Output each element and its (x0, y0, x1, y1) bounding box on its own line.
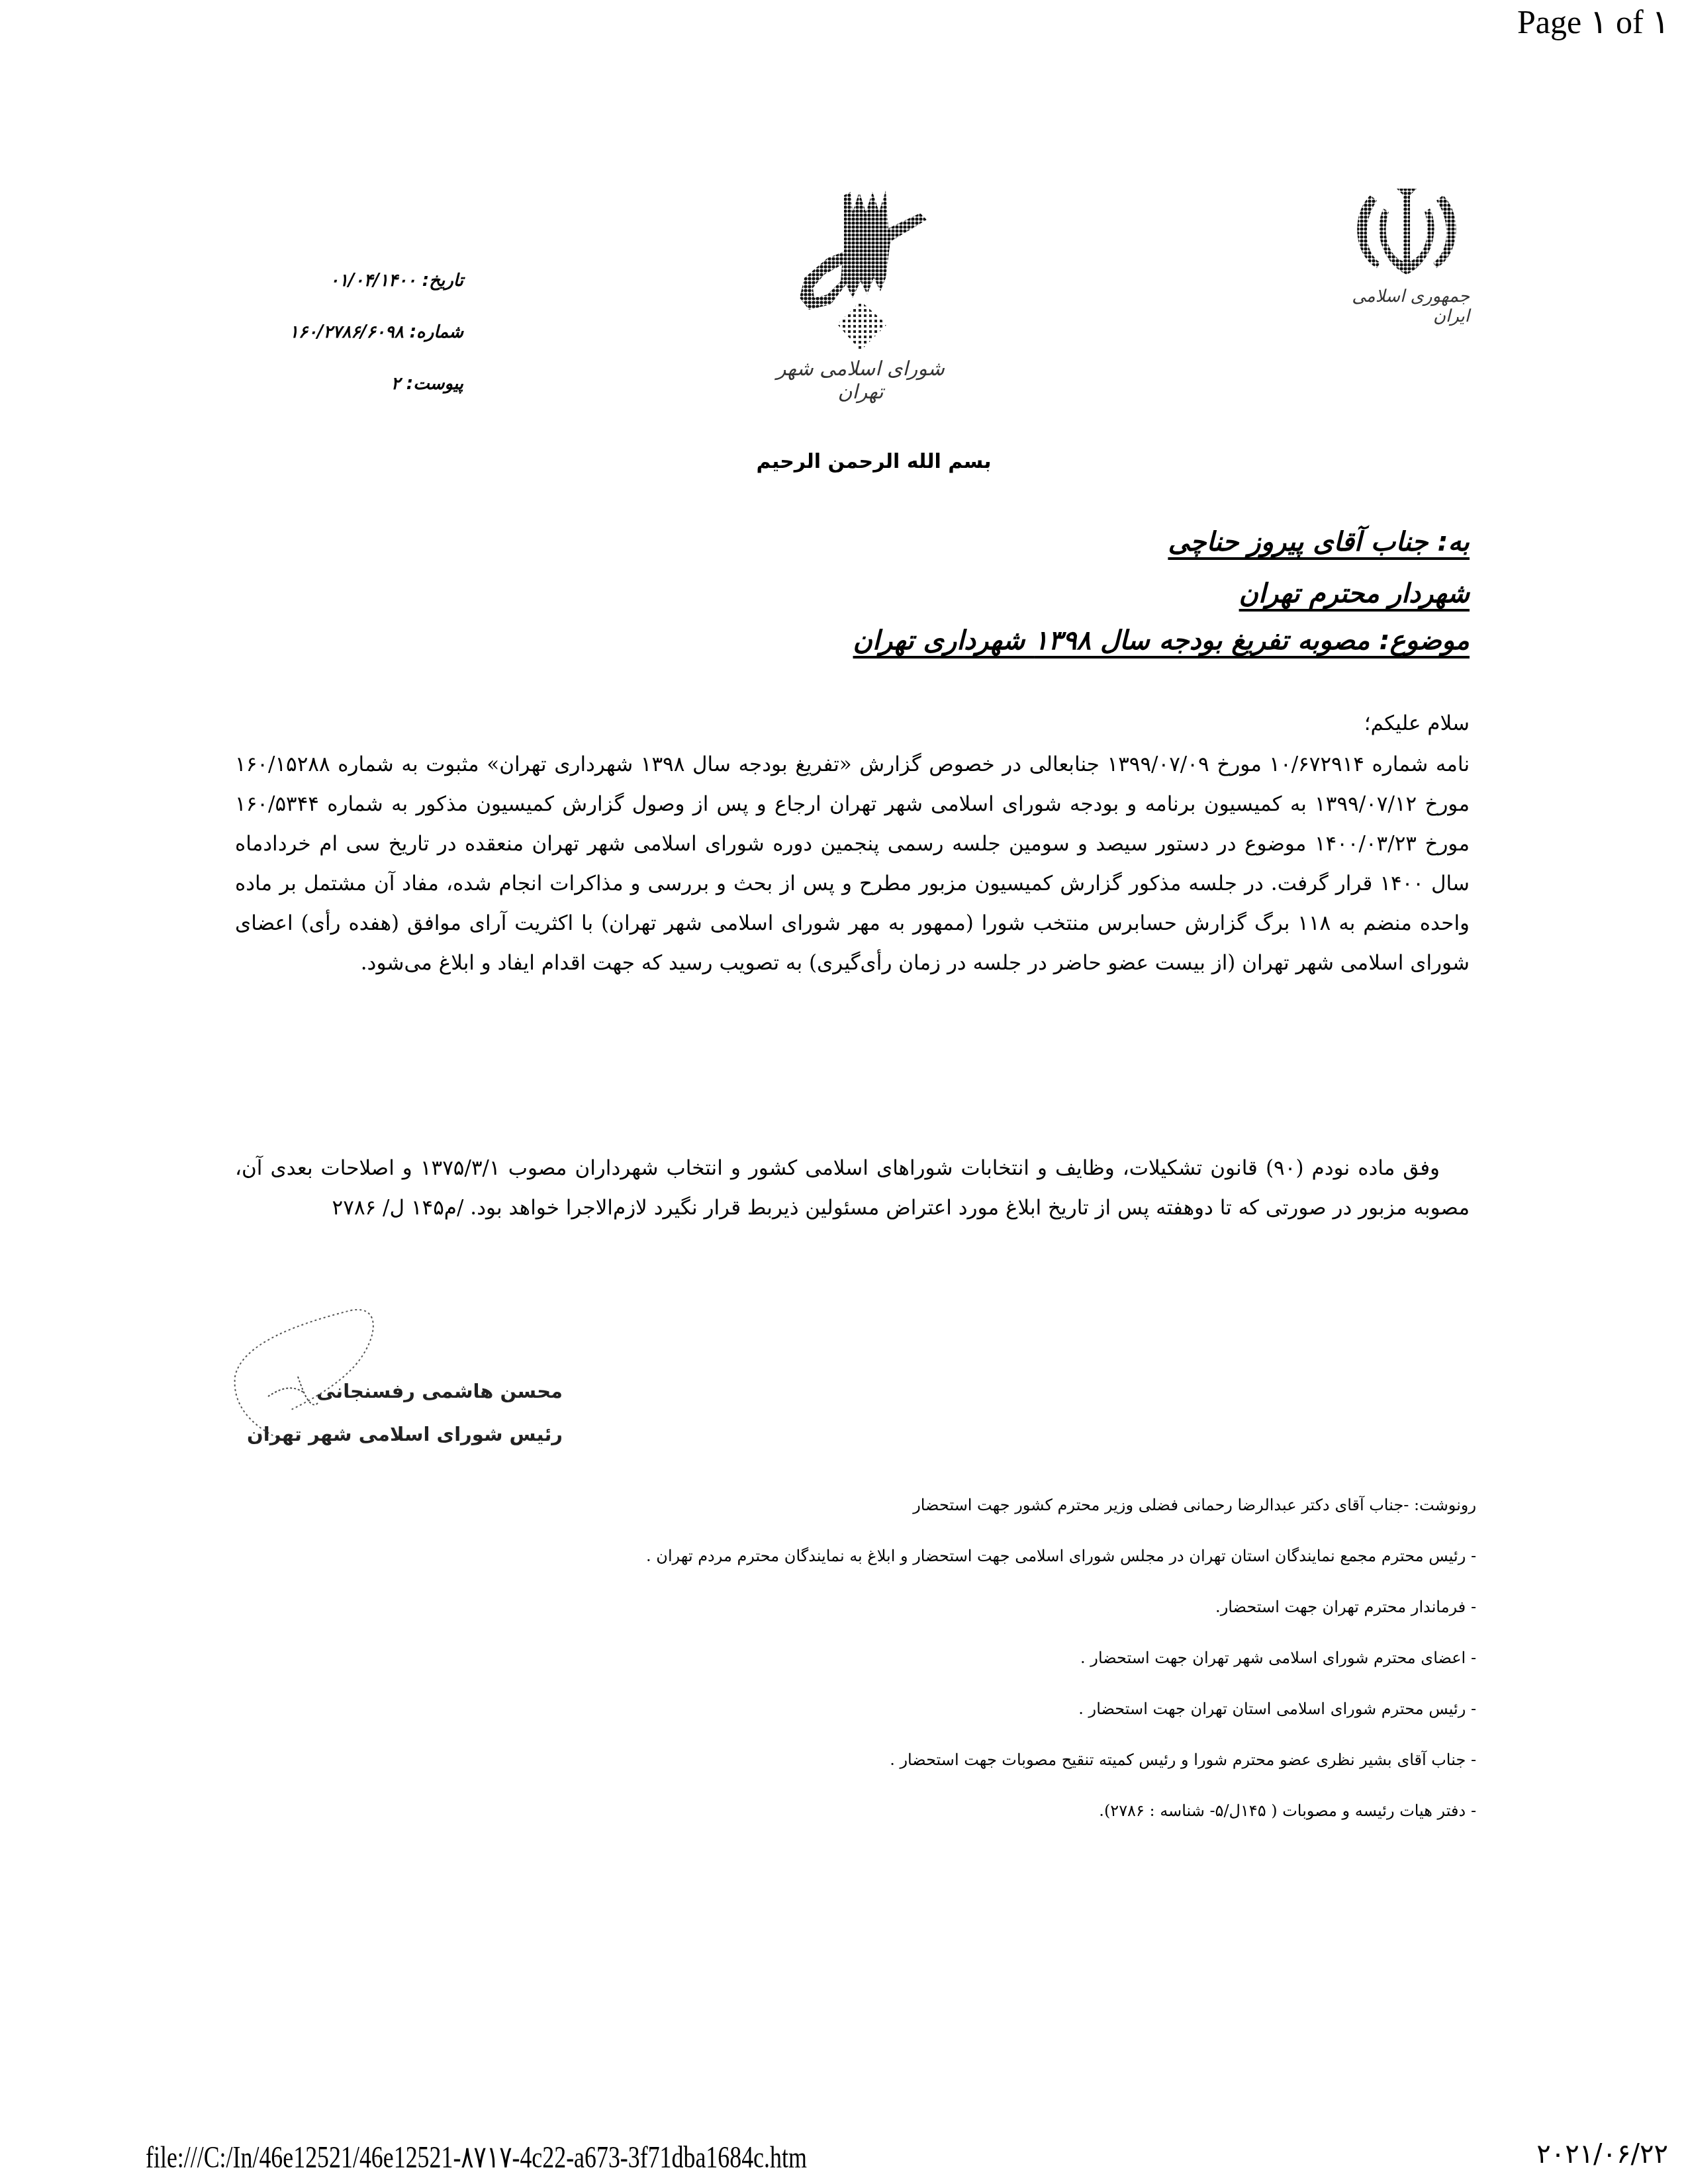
emblem-caption: جمهوری اسلامی ایران (1337, 287, 1470, 326)
addressee: به: جناب آقای پیروز حناچی شهردار محترم ت… (1168, 516, 1470, 619)
iran-emblem-icon (1344, 175, 1470, 281)
cc-item: - دفتر هیات رئیسه و مصوبات ( ۱۴۵ل/۵- شنا… (646, 1801, 1476, 1852)
carbon-copy-list: رونوشت: -جناب آقای دکتر عبدالرضا رحمانی … (646, 1496, 1476, 1852)
addressee-title: شهردار محترم تهران (1168, 568, 1470, 619)
addressee-name: به: جناب آقای پیروز حناچی (1168, 516, 1470, 568)
cc-item: - فرماندار محترم تهران جهت استحضار. (646, 1598, 1476, 1649)
letter-meta: تاریخ: ۰۱/۰۴/۱۴۰۰ شماره: ۱۶۰/۲۷۸۶/۶۰۹۸ پ… (252, 255, 463, 410)
cc-item: - رئیس محترم شورای اسلامی استان تهران جه… (646, 1700, 1476, 1751)
council-logo-caption: شورای اسلامی شهر تهران (768, 357, 953, 404)
cc-item: - جناب آقای بشیر نظری عضو محترم شورا و ر… (646, 1751, 1476, 1801)
body-paragraph-1: نامه شماره ۱۰/۶۷۲۹۱۴ مورخ ۱۳۹۹/۰۷/۰۹ جنا… (235, 745, 1470, 983)
council-logo-icon (768, 165, 953, 390)
iran-emblem-logo: جمهوری اسلامی ایران (1344, 175, 1470, 328)
body-paragraph-2: وفق ماده نودم (۹۰) قانون تشکیلات، وظایف … (235, 1148, 1470, 1228)
page-indicator: Page ١ of ١ (1517, 3, 1669, 41)
letter-date: تاریخ: ۰۱/۰۴/۱۴۰۰ (252, 255, 463, 306)
cc-item: رونوشت: -جناب آقای دکتر عبدالرضا رحمانی … (646, 1496, 1476, 1547)
greeting: سلام علیکم؛ (1364, 711, 1470, 735)
basmala: بسم الله الرحمن الرحیم (748, 450, 1000, 473)
cc-item: - رئیس محترم مجمع نمایندگان استان تهران … (646, 1547, 1476, 1598)
signatory-title: رئیس شورای اسلامی شهر تهران (247, 1423, 563, 1445)
signatory-name: محسن هاشمی رفسنجانی (316, 1380, 563, 1402)
letter-attachment: پیوست: ۲ (252, 358, 463, 410)
footer-file-path: file:///C:/In/46e12521/46e12521-٨٧١٧-4c2… (146, 2139, 807, 2175)
cc-item: - اعضای محترم شورای اسلامی شهر تهران جهت… (646, 1649, 1476, 1700)
letter-number: شماره: ۱۶۰/۲۷۸۶/۶۰۹۸ (252, 306, 463, 358)
letter-subject: موضوع: مصوبه تفریغ بودجه سال ۱۳۹۸ شهردار… (853, 625, 1470, 656)
tehran-city-council-logo: شورای اسلامی شهر تهران (768, 165, 953, 390)
footer-print-date: ۲۰۲۱/۰۶/۲۲ (1536, 2139, 1668, 2169)
signature-block: محسن هاشمی رفسنجانی رئیس شورای اسلامی شه… (218, 1297, 563, 1456)
